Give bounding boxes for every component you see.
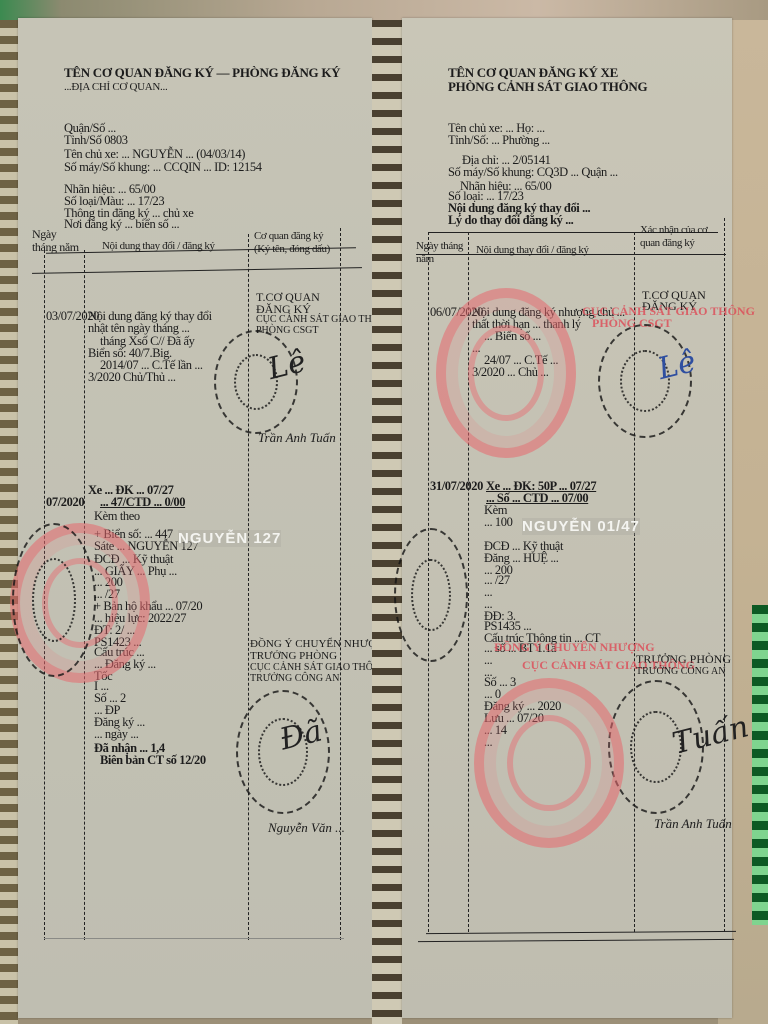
right-info-line: Tỉnh/Số: ... Phường ... (448, 134, 550, 147)
signer-name: Trần Anh Tuấn (258, 430, 336, 446)
right-page: TÊN CƠ QUAN ĐĂNG KÝ XE PHÒNG CẢNH SÁT GI… (402, 18, 732, 1018)
signer-name: Nguyễn Văn ... (268, 820, 345, 836)
table-header-rule (32, 267, 362, 274)
book-spine (372, 20, 402, 1024)
table-header-content: Nội dung thay đổi / đăng ký (102, 240, 215, 253)
table-header-date: Ngày tháng năm (416, 240, 466, 266)
entry-date: 07/2020 (46, 496, 84, 509)
table-bottom-rule (44, 938, 344, 939)
entry-line: ... ngày ... (94, 728, 139, 741)
authority-caption: ĐỒNG Ý CHUYỂN NHƯỢNG (494, 640, 655, 655)
authority-caption: TRƯỞNG PHÒNG (250, 650, 337, 662)
table-bottom-rule (426, 931, 736, 934)
table-bottom-rule (418, 939, 734, 942)
left-info-line: Tỉnh/Số 0803 (64, 134, 128, 147)
official-stamp-black (394, 528, 468, 662)
signature: Lê (264, 344, 309, 387)
red-seal-stamp (474, 678, 624, 848)
book-binding-left (0, 20, 18, 1024)
entry-line: ... 100 (484, 516, 512, 529)
right-info-line: Số máy/Số khung: CQ3D ... Quận ... (448, 166, 618, 179)
authority-caption: TRƯỞNG CÔNG AN (636, 666, 725, 677)
left-header-line2: ...ĐỊA CHỈ CƠ QUAN... (64, 80, 167, 94)
table-header-content: Nội dung thay đổi / đăng ký (476, 244, 589, 257)
overlay-plate-number: NGUYỄN 127 (178, 530, 281, 547)
table-header-authority: Xác nhận của cơ quan đăng ký (640, 224, 724, 250)
left-page: TÊN CƠ QUAN ĐĂNG KÝ — PHÒNG ĐĂNG KÝ ...Đ… (18, 18, 372, 1018)
authority-caption: ĐỒNG Ý CHUYỂN NHƯỢNG (250, 638, 392, 650)
table-header-authority: Cơ quan đăng ký (Ký tên, đóng dấu) (254, 230, 338, 256)
left-info-line: Số máy/Số khung: ... CCQIN ... ID: 12154 (64, 161, 262, 174)
entry-line: Biên bản CT số 12/20 (100, 754, 206, 767)
entry-date: 31/07/2020 (430, 480, 483, 493)
red-seal-stamp (436, 288, 576, 458)
table-header-date: Ngày tháng năm (32, 228, 80, 254)
left-header-line1: TÊN CƠ QUAN ĐĂNG KÝ — PHÒNG ĐĂNG KÝ (64, 66, 340, 80)
signature: Lê (654, 344, 699, 387)
right-header-line2: PHÒNG CẢNH SÁT GIAO THÔNG (448, 80, 647, 94)
entry-line: Kèm theo (94, 510, 140, 523)
overlay-plate-number: NGUYỄN 01/47 (522, 518, 640, 535)
authority-caption: CỤC CẢNH SÁT GIAO THÔNG (250, 662, 387, 673)
authority-caption: TRƯỞNG CÔNG AN (250, 673, 339, 684)
right-info-line: Lý do thay đổi đăng ký ... (448, 214, 573, 227)
official-stamp-black (12, 523, 96, 677)
right-header-line1: TÊN CƠ QUAN ĐĂNG KÝ XE (448, 66, 618, 80)
entry-line: ... 47/CTD ... 0/00 (100, 496, 185, 509)
entry-line: 3/2020 Chủ/Thủ ... (88, 371, 176, 384)
signer-name: Trần Anh Tuấn (654, 816, 732, 832)
green-object-edge (752, 605, 768, 925)
left-info-line: Nơi đăng ký ... biển số ... (64, 218, 179, 231)
